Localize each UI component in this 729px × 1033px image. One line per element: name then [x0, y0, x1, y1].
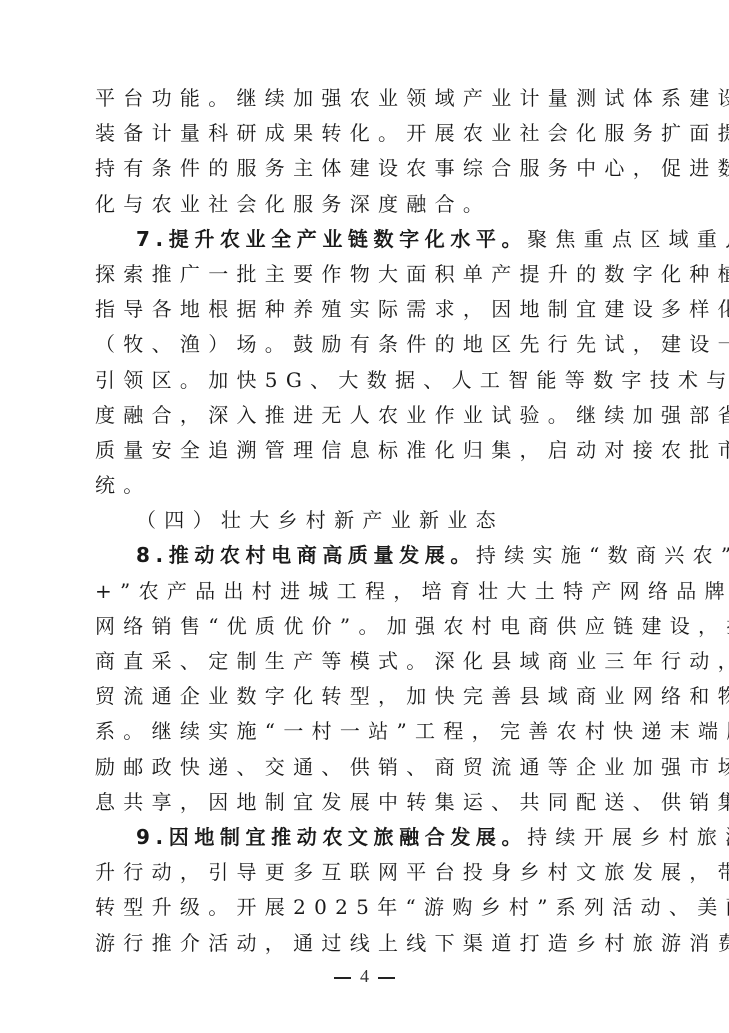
item-8-heading: 8.推动农村电商高质量发展。: [136, 543, 476, 567]
text-line: 网络销售“优质优价”。加强农村电商供应链建设，推广农产品电: [95, 609, 645, 644]
text-line: 系。继续实施“一村一站”工程，完善农村快递末端服务设施。鼓: [95, 714, 645, 749]
dash-left-icon: [334, 977, 351, 978]
text-line: 升行动，引导更多互联网平台投身乡村文旅发展，带动乡村旅游: [95, 855, 645, 890]
document-page: 平台功能。继续加强农业领域产业计量测试体系建设，推动农机 装备计量科研成果转化。…: [95, 81, 645, 961]
item-8-first-line-text: 持续实施“数商兴农”和“互联网: [476, 543, 729, 567]
text-line: 游行推介活动，通过线上线下渠道打造乡村旅游消费新场景。推: [95, 926, 645, 961]
text-line: 探索推广一批主要作物大面积单产提升的数字化种植技术方案。: [95, 257, 645, 292]
text-line: 质量安全追溯管理信息标准化归集，启动对接农批市场准入系: [95, 433, 645, 468]
item-7-first-line-text: 聚焦重点区域重点品种，: [527, 227, 729, 251]
item-9-heading: 9.因地制宜推动农文旅融合发展。: [136, 825, 527, 849]
text-line: 装备计量科研成果转化。开展农业社会化服务扩面提质行动，支: [95, 116, 645, 151]
text-line: 引领区。加快5G、大数据、人工智能等数字技术与农机装备深: [95, 363, 645, 398]
text-line: （牧、渔）场。鼓励有条件的地区先行先试，建设一批智慧农业: [95, 327, 645, 362]
item-9-first-line-text: 持续开展乡村旅游数字提: [527, 825, 729, 849]
dash-right-icon: [378, 977, 395, 978]
text-line: 指导各地根据种养殖实际需求，因地制宜建设多样化的智慧农: [95, 292, 645, 327]
text-line: 息共享，因地制宜发展中转集运、共同配送、供销集配等模式。: [95, 785, 645, 820]
page-number-value: 4: [360, 966, 369, 986]
item-9-first-line: 9.因地制宜推动农文旅融合发展。持续开展乡村旅游数字提: [95, 820, 645, 855]
item-8-first-line: 8.推动农村电商高质量发展。持续实施“数商兴农”和“互联网: [95, 538, 645, 573]
text-line: 贸流通企业数字化转型，加快完善县域商业网络和物流配送体: [95, 679, 645, 714]
text-line: 化与农业社会化服务深度融合。: [95, 187, 645, 222]
text-line: 度融合，深入推进无人农业作业试验。继续加强部省两级农产品: [95, 398, 645, 433]
text-line: 转型升级。开展2025年“游购乡村”系列活动、美丽乡村休闲旅: [95, 890, 645, 925]
text-line: 持有条件的服务主体建设农事综合服务中心，促进数字化、智能: [95, 151, 645, 186]
item-7-first-line: 7.提升农业全产业链数字化水平。聚焦重点区域重点品种，: [95, 222, 645, 257]
text-line: 励邮政快递、交通、供销、商贸流通等企业加强市场化合作和信: [95, 750, 645, 785]
text-line: 统。: [95, 468, 645, 503]
text-line: 平台功能。继续加强农业领域产业计量测试体系建设，推动农机: [95, 81, 645, 116]
page-number: 4: [0, 966, 729, 987]
section-heading: （四）壮大乡村新产业新业态: [95, 503, 645, 538]
text-line: 商直采、定制生产等模式。深化县域商业三年行动，推动县域商: [95, 644, 645, 679]
text-line: +”农产品出村进城工程，培育壮大土特产网络品牌，促进农产品: [95, 574, 645, 609]
item-7-heading: 7.提升农业全产业链数字化水平。: [136, 227, 527, 251]
